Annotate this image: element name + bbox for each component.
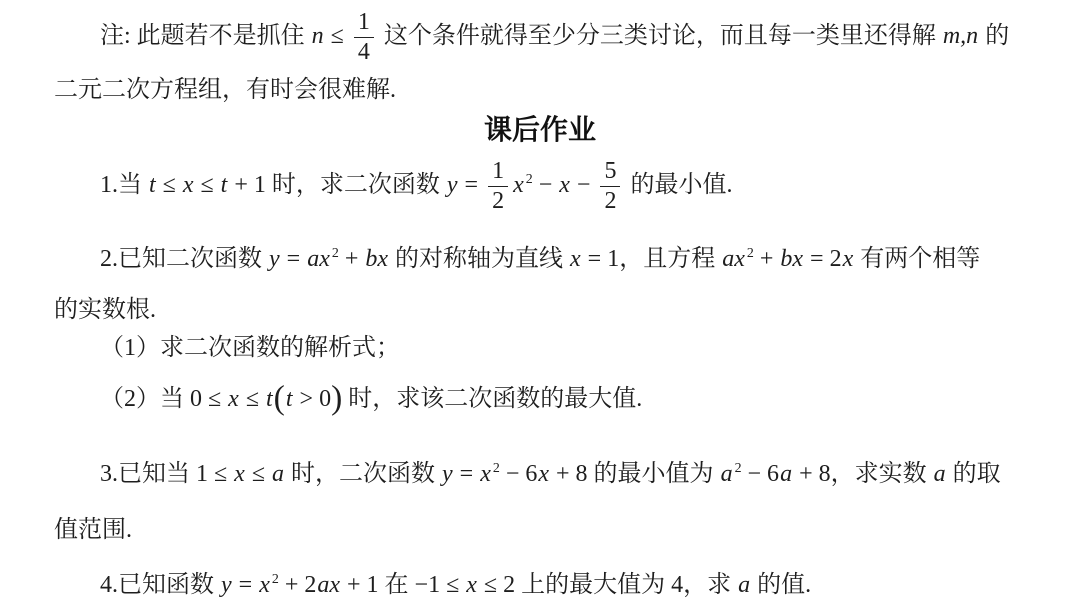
math-variable: a xyxy=(779,461,793,487)
superscript: 2 xyxy=(331,246,339,261)
math-variable: x xyxy=(512,172,525,198)
note-line-1: 注: 此题若不是抓住 n ≤ 14 这个条件就得至少分三类讨论，而且每一类里还得… xyxy=(100,6,1009,66)
text-segment: 有两个相等 xyxy=(854,246,980,272)
problem-1: 1.当 t ≤ x ≤ t + 1 时，求二次函数 y = 12x2 − x −… xyxy=(100,155,732,215)
problem-4: 4.已知函数 y = x2 + 2ax + 1 在 −1 ≤ x ≤ 2 上的最… xyxy=(100,555,811,615)
text-segment: ≤ xyxy=(195,172,220,198)
text-segment: 1.当 xyxy=(100,172,148,198)
text-segment: 的取 xyxy=(947,461,1001,487)
math-variable: x xyxy=(537,461,550,487)
text-segment: 注: 此题若不是抓住 xyxy=(100,23,311,49)
text-segment: = xyxy=(233,572,259,598)
math-variable: y xyxy=(441,461,454,487)
math-variable: bx xyxy=(779,246,804,272)
text-segment: + 1 时，求二次函数 xyxy=(228,172,446,198)
math-variable: y xyxy=(446,172,459,198)
math-variable: x xyxy=(479,461,492,487)
math-variable: x xyxy=(569,246,582,272)
big-parenthesis: ) xyxy=(331,380,342,417)
text-segment: = xyxy=(459,172,485,198)
problem-2-line-1: 2.已知二次函数 y = ax2 + bx 的对称轴为直线 x = 1，且方程 … xyxy=(100,229,980,289)
text-segment: − 6 xyxy=(500,461,538,487)
text-segment: ≤ xyxy=(325,23,350,49)
math-variable: ax xyxy=(721,246,746,272)
problem-2-part-2: （2）当 0 ≤ x ≤ t(t > 0) 时，求该二次函数的最大值. xyxy=(100,369,642,429)
worksheet-page: 注: 此题若不是抓住 n ≤ 14 这个条件就得至少分三类讨论，而且每一类里还得… xyxy=(0,0,1080,616)
text-segment: 二元二次方程组，有时会很难解. xyxy=(54,77,396,103)
text-segment: 的对称轴为直线 xyxy=(389,246,569,272)
math-variable: t xyxy=(265,386,274,412)
math-variable: m,n xyxy=(942,23,979,49)
math-variable: x xyxy=(842,246,855,272)
math-variable: t xyxy=(285,386,294,412)
text-segment: 这个条件就得至少分三类讨论，而且每一类里还得解 xyxy=(378,23,942,49)
text-segment: 3.已知当 1 ≤ xyxy=(100,461,233,487)
text-segment: ≤ 2 上的最大值为 4，求 xyxy=(478,572,737,598)
fraction: 14 xyxy=(354,10,374,65)
text-segment: + xyxy=(754,246,780,272)
text-segment: （2）当 0 ≤ xyxy=(100,386,227,412)
text-segment: = 2 xyxy=(804,246,842,272)
math-variable: n xyxy=(311,23,325,49)
fraction: 52 xyxy=(600,159,620,214)
text-segment: 4.已知函数 xyxy=(100,572,220,598)
big-parenthesis: ( xyxy=(274,380,285,417)
text-segment: 时，求该二次函数的最大值. xyxy=(342,386,642,412)
text-segment: + xyxy=(339,246,365,272)
problem-3-line-1: 3.已知当 1 ≤ x ≤ a 时，二次函数 y = x2 − 6x + 8 的… xyxy=(100,444,1001,504)
text-segment: 2.已知二次函数 xyxy=(100,246,268,272)
text-segment: = xyxy=(281,246,307,272)
text-segment: + 1 在 −1 ≤ xyxy=(341,572,465,598)
math-variable: a xyxy=(271,461,285,487)
note-line-2: 二元二次方程组，有时会很难解. xyxy=(54,60,396,120)
text-segment: （1）求二次函数的解析式； xyxy=(100,335,400,361)
math-variable: ax xyxy=(316,572,341,598)
math-variable: y xyxy=(268,246,281,272)
text-segment: + 8 的最小值为 xyxy=(550,461,720,487)
text-segment: = xyxy=(454,461,480,487)
superscript: 2 xyxy=(492,461,500,476)
superscript: 2 xyxy=(734,461,742,476)
text-segment: − 6 xyxy=(742,461,780,487)
superscript: 2 xyxy=(525,172,533,187)
superscript: 2 xyxy=(746,246,754,261)
math-variable: x xyxy=(258,572,271,598)
math-variable: y xyxy=(220,572,233,598)
math-variable: ax xyxy=(306,246,331,272)
text-segment: 值范围. xyxy=(54,517,132,543)
text-segment: ≤ xyxy=(246,461,271,487)
text-segment: 时，二次函数 xyxy=(285,461,441,487)
text-segment: 的值. xyxy=(751,572,811,598)
math-variable: a xyxy=(737,572,751,598)
math-variable: x xyxy=(182,172,195,198)
math-variable: x xyxy=(227,386,240,412)
math-variable: t xyxy=(148,172,157,198)
section-heading: 课后作业 xyxy=(0,112,1080,148)
text-segment: ≤ xyxy=(240,386,265,412)
text-segment: 的 xyxy=(979,23,1009,49)
text-segment: + 2 xyxy=(279,572,317,598)
text-segment: = 1，且方程 xyxy=(582,246,722,272)
text-segment: ≤ xyxy=(157,172,182,198)
text-segment: − xyxy=(533,172,559,198)
problem-3-line-2: 值范围. xyxy=(54,500,132,560)
math-variable: a xyxy=(720,461,734,487)
superscript: 2 xyxy=(271,572,279,587)
text-segment: 的最小值. xyxy=(624,172,732,198)
text-segment: − xyxy=(571,172,597,198)
math-variable: x xyxy=(233,461,246,487)
text-segment: + 8，求实数 xyxy=(793,461,933,487)
math-variable: bx xyxy=(364,246,389,272)
math-variable: x xyxy=(465,572,478,598)
math-variable: a xyxy=(933,461,947,487)
math-variable: x xyxy=(558,172,571,198)
fraction: 12 xyxy=(488,159,508,214)
document-body: 注: 此题若不是抓住 n ≤ 14 这个条件就得至少分三类讨论，而且每一类里还得… xyxy=(0,0,1080,616)
text-segment: > 0 xyxy=(294,386,332,412)
